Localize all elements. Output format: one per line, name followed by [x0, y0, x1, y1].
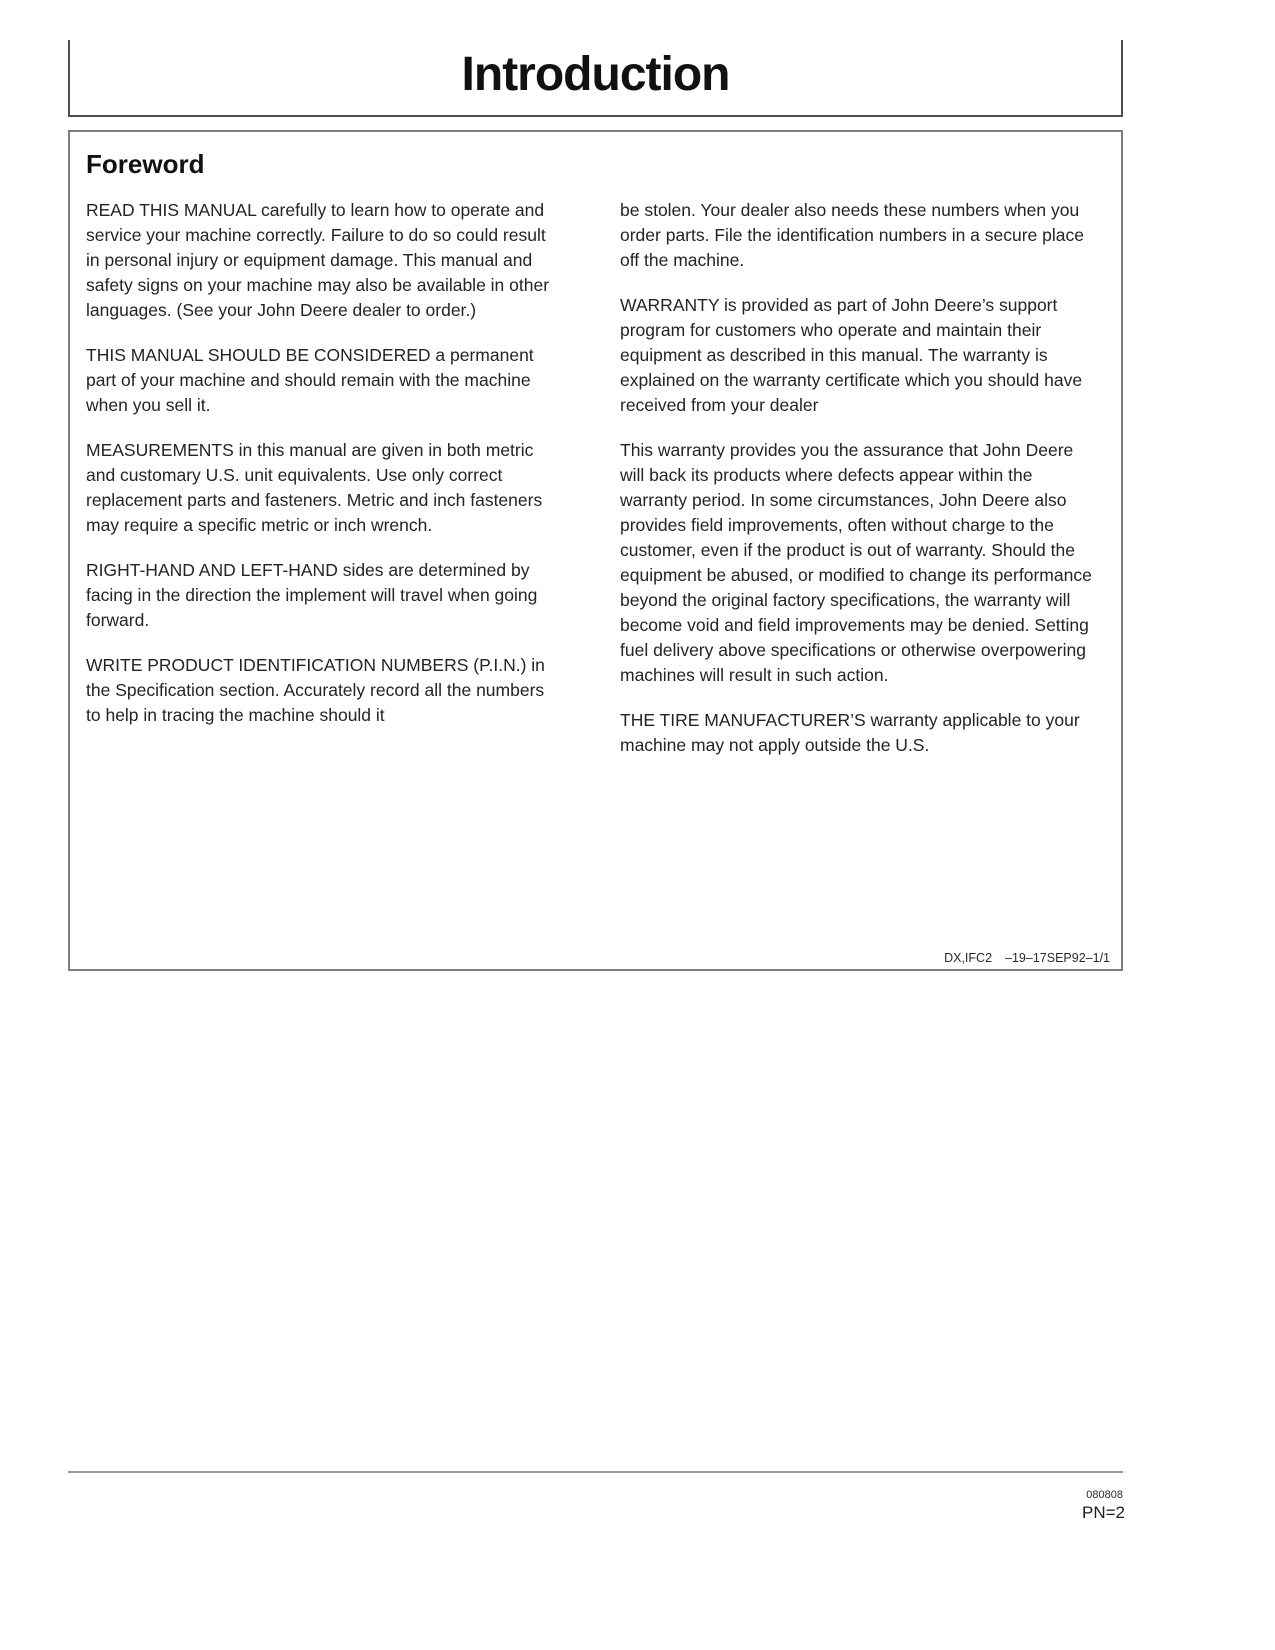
footer-rule	[68, 1471, 1123, 1473]
paragraph-measurements: MEASUREMENTS in this manual are given in…	[86, 438, 558, 538]
paragraph-warranty: WARRANTY is provided as part of John Dee…	[620, 293, 1102, 418]
foreword-heading: Foreword	[86, 149, 204, 180]
revision-footnote-code: DX,IFC2	[944, 951, 992, 965]
revision-footnote: DX,IFC2–19–17SEP92–1/1	[944, 951, 1110, 965]
paragraph-read-this-manual: READ THIS MANUAL carefully to learn how …	[86, 198, 558, 323]
paragraph-be-stolen: be stolen. Your dealer also needs these …	[620, 198, 1102, 273]
paragraph-tire-manufacturer: THE TIRE MANUFACTURER’S warranty applica…	[620, 708, 1102, 758]
foreword-right-column: be stolen. Your dealer also needs these …	[620, 198, 1102, 778]
paragraph-right-left-hand: RIGHT-HAND AND LEFT-HAND sides are deter…	[86, 558, 558, 633]
page-title: Introduction	[462, 47, 730, 108]
revision-footnote-date: –19–17SEP92–1/1	[1005, 951, 1110, 965]
paragraph-manual-considered: THIS MANUAL SHOULD BE CONSIDERED a perma…	[86, 343, 558, 418]
footer-code: 080808	[1086, 1489, 1123, 1501]
paragraph-write-pin: WRITE PRODUCT IDENTIFICATION NUMBERS (P.…	[86, 653, 558, 728]
foreword-section: Foreword READ THIS MANUAL carefully to l…	[68, 130, 1123, 971]
paragraph-warranty-assurance: This warranty provides you the assurance…	[620, 438, 1102, 688]
section-title-box: Introduction	[68, 40, 1123, 117]
foreword-left-column: READ THIS MANUAL carefully to learn how …	[86, 198, 558, 748]
footer-page-number: PN=2	[1082, 1503, 1125, 1523]
